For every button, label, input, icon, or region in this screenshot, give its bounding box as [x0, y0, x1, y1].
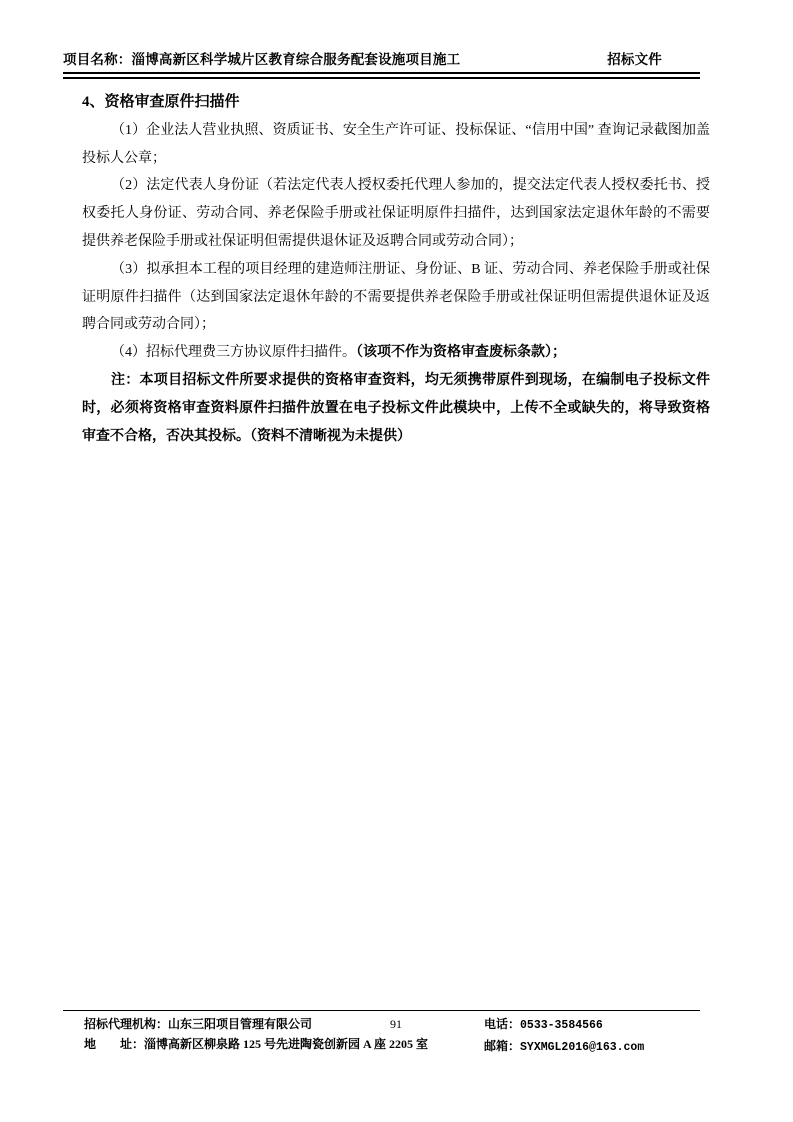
footer-address: 地 址：淄博高新区柳泉路 125 号先进陶瓷创新园 A 座 2205 室: [84, 1037, 428, 1051]
requirement-item-1: （1）企业法人营业执照、资质证书、安全生产许可证、投标保证、“信用中国” 查询记…: [82, 117, 710, 173]
footer-email-label: 邮箱：: [484, 1039, 520, 1053]
requirement-item-4: （4）招标代理费三方协议原件扫描件。（该项不作为资格审查废标条款）；: [82, 339, 710, 367]
page-number: 91: [390, 1014, 402, 1034]
section-title: 4、资格审查原件扫描件: [82, 89, 710, 117]
page-header: 项目名称：淄博高新区科学城片区教育综合服务配套设施项目施工 招标文件: [63, 48, 710, 79]
document-body: 4、资格审查原件扫描件 （1）企业法人营业执照、资质证书、安全生产许可证、投标保…: [82, 89, 710, 450]
requirement-item-4-normal: （4）招标代理费三方协议原件扫描件。: [111, 345, 356, 360]
footer-phone: 电话：0533-3584566: [484, 1014, 710, 1036]
header-double-rule: [63, 72, 700, 79]
footer-email-value: SYXMGL2016@163.com: [520, 1041, 644, 1054]
footer-phone-label: 电话：: [484, 1017, 520, 1031]
note-paragraph: 注：本项目招标文件所要求提供的资格审查资料，均无须携带原件到现场，在编制电子投标…: [82, 367, 710, 450]
requirement-item-4-bold: （该项不作为资格审查废标条款）；: [356, 345, 566, 360]
footer-agency: 招标代理机构：山东三阳项目管理有限公司: [84, 1014, 312, 1034]
requirement-item-2: （2）法定代表人身份证（若法定代表人授权委托代理人参加的，提交法定代表人授权委托…: [82, 172, 710, 255]
header-project-name: 项目名称：淄博高新区科学城片区教育综合服务配套设施项目施工: [63, 48, 460, 68]
document-page: 项目名称：淄博高新区科学城片区教育综合服务配套设施项目施工 招标文件 4、资格审…: [0, 0, 793, 1122]
footer-rule: [63, 1010, 700, 1011]
requirement-item-3: （3）拟承担本工程的项目经理的建造师注册证、身份证、B 证、劳动合同、养老保险手…: [82, 256, 710, 339]
footer-phone-value: 0533-3584566: [520, 1019, 603, 1032]
header-doc-type: 招标文件: [607, 48, 662, 68]
footer-email: 邮箱：SYXMGL2016@163.com: [484, 1036, 710, 1058]
page-footer: 招标代理机构：山东三阳项目管理有限公司 91 地 址：淄博高新区柳泉路 125 …: [63, 1010, 710, 1058]
